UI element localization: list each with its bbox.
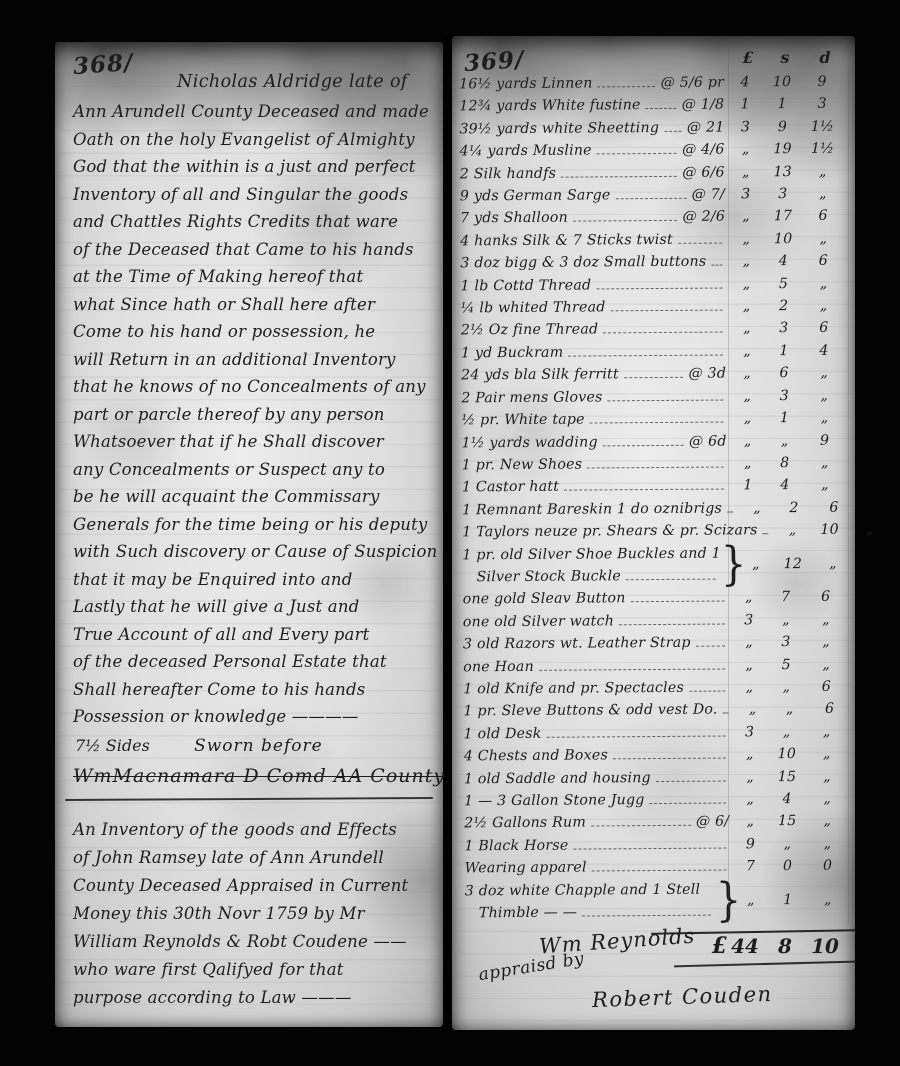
item-description: 1 pr. New Shoes bbox=[462, 453, 583, 476]
item-description: 4¼ yards Musline bbox=[460, 140, 592, 163]
item-description-continued: Silver Stock Buckle bbox=[462, 565, 721, 589]
amount-pounds: 9 bbox=[731, 833, 769, 856]
oath-line: Come to his hand or possession, he bbox=[73, 318, 427, 346]
dotted-leader bbox=[689, 691, 725, 692]
amount-pounds: „ bbox=[727, 250, 765, 273]
amount-pounds: „ bbox=[729, 452, 767, 475]
dotted-leader bbox=[597, 153, 677, 155]
amount-pounds: „ bbox=[734, 699, 772, 722]
item-description: 1 — 3 Gallon Stone Jugg bbox=[464, 789, 645, 813]
inventory-row: 4 Chests and Boxes„10„ bbox=[464, 743, 857, 768]
inventory-row: 3 doz white Chapple and 1 StellThimble —… bbox=[465, 877, 858, 925]
amount-pence: 6 bbox=[812, 496, 856, 519]
amount-pence: „ bbox=[802, 407, 846, 430]
amount-shillings: 10 bbox=[764, 71, 800, 94]
item-description-text: 3 doz white Chapple and 1 Stell bbox=[465, 881, 701, 899]
inventory-row: 1 pr. old Silver Shoe Buckles and 1Silve… bbox=[462, 541, 855, 589]
amount-pounds: 3 bbox=[731, 721, 769, 744]
amount-shillings: 3 bbox=[766, 317, 802, 340]
inventory-intro-text: An Inventory of the goods and Effectsof … bbox=[73, 816, 427, 1012]
dotted-leader bbox=[561, 175, 677, 177]
amount-shillings: 1 bbox=[764, 93, 800, 116]
item-description: 1 Taylors neuze pr. Shears & pr. Scizars bbox=[462, 519, 757, 543]
left-page: 368/ Nicholas Aldridge late of Ann Arund… bbox=[55, 42, 443, 1027]
amount-shillings: 17 bbox=[765, 205, 801, 228]
left-page-content: 368/ Nicholas Aldridge late of Ann Arund… bbox=[55, 42, 443, 1051]
oath-line: any Concealments or Suspect any to bbox=[73, 456, 427, 484]
dotted-leader bbox=[763, 533, 769, 534]
amount-pounds: „ bbox=[728, 363, 766, 386]
dotted-leader bbox=[613, 758, 726, 760]
amount-pence: „ bbox=[847, 518, 891, 541]
amount-pounds: „ bbox=[730, 676, 768, 699]
section-divider bbox=[65, 797, 433, 801]
amount-pounds: „ bbox=[726, 138, 764, 161]
item-description: 3 doz bigg & 3 doz Small buttons bbox=[460, 251, 706, 275]
inventory-row: 12¾ yards White fustine@ 1/8113 bbox=[459, 93, 852, 118]
brace-glyph bbox=[716, 878, 732, 924]
item-description: 4 hanks Silk & 7 Sticks twist bbox=[460, 229, 673, 253]
left-page-number: 368/ bbox=[72, 49, 134, 80]
amount-pence: „ bbox=[801, 272, 845, 295]
amount-shillings: 2 bbox=[766, 295, 802, 318]
amount-pounds: „ bbox=[731, 743, 769, 766]
item-description-text: Thimble — — bbox=[465, 902, 577, 925]
item-description: one old Silver watch bbox=[463, 610, 614, 633]
inventory-row: 1½ yards wadding@ 6d„„9 bbox=[462, 429, 855, 454]
dotted-leader bbox=[592, 870, 727, 872]
amount-pounds: „ bbox=[727, 161, 765, 184]
item-description-continued: Thimble — — bbox=[465, 901, 716, 925]
inventory-row: 7 yds Shalloon@ 2/6„176 bbox=[460, 205, 853, 230]
oath-line: will Return in an additional Inventory bbox=[73, 346, 427, 374]
dotted-leader bbox=[678, 242, 722, 243]
right-page-content: 369/ £ s d 16½ yards Linnen@ 5/6 pr41091… bbox=[452, 36, 855, 1044]
amount-shillings: „ bbox=[767, 429, 803, 452]
dotted-leader bbox=[587, 466, 724, 468]
amount-shillings: 5 bbox=[768, 654, 804, 677]
amount-pence: 1½ bbox=[800, 138, 844, 161]
dotted-leader bbox=[598, 86, 656, 87]
item-description-text: 1 pr. old Silver Shoe Buckles and 1 bbox=[462, 545, 720, 563]
amount-pence: „ bbox=[801, 160, 845, 183]
item-description: 16½ yards Linnen bbox=[459, 72, 593, 95]
amount-pence: „ bbox=[805, 743, 849, 766]
total-pence: 10 bbox=[803, 934, 847, 958]
inventory-row: 1 yd Buckram„14 bbox=[461, 340, 854, 365]
dotted-leader bbox=[711, 265, 722, 266]
intro-line: William Reynolds & Robt Coudene —— bbox=[73, 928, 427, 956]
amount-pounds: 4 bbox=[726, 71, 764, 94]
dotted-leader bbox=[664, 131, 682, 132]
item-rate: @ 6/6 bbox=[682, 161, 725, 184]
oath-line: Possession or knowledge ———— bbox=[73, 703, 427, 731]
amount-shillings: 4 bbox=[765, 250, 801, 273]
amount-shillings: 10 bbox=[765, 228, 801, 251]
amount-pence: „ bbox=[805, 720, 849, 743]
amount-shillings: 15 bbox=[769, 810, 805, 833]
oath-line: with Such discovery or Cause of Suspicio… bbox=[73, 538, 427, 566]
amount-shillings: 15 bbox=[769, 766, 805, 789]
amount-pounds: „ bbox=[730, 654, 768, 677]
amount-pounds: „ bbox=[728, 407, 766, 430]
amount-shillings: 7 bbox=[768, 586, 804, 609]
item-rate: @ 7/ bbox=[691, 184, 724, 207]
amount-shillings: 5 bbox=[765, 273, 801, 296]
dotted-leader bbox=[596, 287, 722, 289]
amount-pounds: „ bbox=[729, 430, 767, 453]
amount-shillings: 19 bbox=[764, 138, 800, 161]
oath-line: Oath on the holy Evangelist of Almighty bbox=[73, 126, 427, 154]
inventory-row: 3 doz bigg & 3 doz Small buttons„46 bbox=[460, 250, 853, 275]
item-description-text: Silver Stock Buckle bbox=[462, 565, 621, 589]
amount-pence: 4 bbox=[802, 340, 846, 363]
amount-pounds: „ bbox=[773, 519, 811, 542]
inventory-row: 39½ yards white Sheetting@ 21391½ bbox=[459, 115, 852, 140]
amount-pence: 9 bbox=[803, 429, 847, 452]
amount-pounds: „ bbox=[730, 631, 768, 654]
oath-line: at the Time of Making hereof that bbox=[73, 263, 427, 291]
total-shillings: 8 bbox=[767, 934, 803, 958]
amount-pence: „ bbox=[802, 362, 846, 385]
inventory-row: 1 Castor hatt14„ bbox=[462, 474, 855, 499]
amount-pence: „ bbox=[805, 765, 849, 788]
dotted-leader bbox=[615, 198, 686, 199]
amount-pounds: „ bbox=[728, 295, 766, 318]
amount-shillings: 4 bbox=[767, 474, 803, 497]
amount-shillings: 3 bbox=[766, 385, 802, 408]
item-description: 1 yd Buckram bbox=[461, 342, 563, 365]
amount-shillings: „ bbox=[769, 833, 805, 856]
item-description: 1 Castor hatt bbox=[462, 476, 559, 499]
item-rate: @ 2/6 bbox=[682, 206, 725, 229]
amount-pence: „ bbox=[804, 631, 848, 654]
item-description: 3 old Razors wt. Leather Strap bbox=[463, 632, 691, 656]
intro-line: who ware first Qalifyed for that bbox=[73, 956, 427, 984]
inventory-row: 16½ yards Linnen@ 5/6 pr4109 bbox=[459, 71, 852, 96]
item-description: 1½ yards wadding bbox=[462, 431, 598, 454]
item-description: ½ pr. White tape bbox=[461, 409, 584, 432]
amount-shillings: 9 bbox=[764, 116, 800, 139]
page-gutter bbox=[443, 36, 452, 1030]
amount-pence: „ bbox=[803, 474, 847, 497]
amount-pence: „ bbox=[805, 788, 849, 811]
oath-line: Lastly that he will give a Just and bbox=[73, 593, 427, 621]
pence-header: d bbox=[803, 48, 847, 67]
amount-pence: 6 bbox=[801, 205, 845, 228]
shillings-header: s bbox=[767, 48, 803, 67]
amount-pence: „ bbox=[802, 295, 846, 318]
dotted-leader bbox=[608, 399, 724, 401]
amount-pence: „ bbox=[804, 608, 848, 631]
amount-pence: 0 bbox=[805, 855, 849, 878]
dotted-leader bbox=[624, 377, 684, 378]
inventory-row: 2½ Gallons Rum@ 6/„15„ bbox=[464, 810, 857, 835]
inventory-row: 1 old Saddle and housing„15„ bbox=[464, 765, 857, 790]
inventory-row: 1 Remnant Bareskin 1 do oznibrigs„26 bbox=[462, 496, 855, 521]
pounds-header: £ bbox=[729, 48, 767, 67]
amount-shillings: 1 bbox=[766, 407, 802, 430]
dotted-leader bbox=[603, 332, 723, 334]
appraised-by-label: appraisd by bbox=[477, 949, 585, 985]
item-description: 39½ yards white Sheetting bbox=[459, 117, 659, 141]
oath-line: be he will acquaint the Commissary bbox=[73, 483, 427, 511]
amount-shillings: 1 bbox=[770, 889, 806, 912]
item-description: 2½ Oz fine Thread bbox=[461, 319, 599, 342]
amount-column-headers: £ s d bbox=[729, 48, 847, 67]
amount-pence: 6 bbox=[802, 317, 846, 340]
amount-pounds: 3 bbox=[727, 183, 765, 206]
item-description: 1 old Knife and pr. Spectacles bbox=[463, 677, 684, 701]
oath-line: of the Deceased that Came to his hands bbox=[73, 236, 427, 264]
item-rate: @ 6/ bbox=[696, 811, 729, 834]
dotted-leader bbox=[573, 847, 726, 849]
inventory-row: 2½ Oz fine Thread„36 bbox=[461, 317, 854, 342]
dotted-leader bbox=[582, 915, 711, 917]
inventory-row: 9 yds German Sarge@ 7/33„ bbox=[460, 183, 853, 208]
inventory-row: one old Silver watch3„„ bbox=[463, 608, 856, 633]
inventory-row: one gold Sleav Button„76 bbox=[463, 586, 856, 611]
inventory-row: 1 Black Horse9„„ bbox=[464, 832, 857, 857]
item-description-lines: 3 doz white Chapple and 1 StellThimble —… bbox=[465, 878, 716, 925]
amount-shillings: 6 bbox=[766, 362, 802, 385]
dotted-leader bbox=[696, 646, 725, 647]
inventory-row: 1 Taylors neuze pr. Shears & pr. Scizars… bbox=[462, 519, 855, 544]
amount-shillings: 4 bbox=[769, 788, 805, 811]
dotted-leader bbox=[631, 601, 725, 603]
total-pounds: 44 bbox=[723, 934, 767, 958]
amount-shillings: 10 bbox=[769, 743, 805, 766]
amount-shillings: 2 bbox=[776, 497, 812, 520]
amount-pence: 6 bbox=[804, 586, 848, 609]
dotted-leader bbox=[573, 220, 678, 222]
item-description: 1 old Saddle and housing bbox=[464, 767, 651, 791]
amount-shillings: „ bbox=[768, 609, 804, 632]
oath-line: and Chattles Rights Credits that ware bbox=[73, 208, 427, 236]
inventory-row: 4¼ yards Musline@ 4/6„191½ bbox=[460, 138, 853, 163]
inventory-row: 2 Silk handfs@ 6/6„13„ bbox=[460, 160, 853, 185]
inventory-row: 1 old Desk3„„ bbox=[464, 720, 857, 745]
dotted-leader bbox=[650, 803, 727, 805]
right-page: 369/ £ s d 16½ yards Linnen@ 5/6 pr41091… bbox=[452, 36, 855, 1030]
inventory-row: ¼ lb whited Thread„2„ bbox=[461, 295, 854, 320]
amount-pence: 6 bbox=[808, 698, 852, 721]
item-rate: @ 4/6 bbox=[682, 139, 725, 162]
item-rate: @ 21 bbox=[687, 116, 725, 139]
inventory-row: one Hoan„5„ bbox=[463, 653, 856, 678]
amount-pounds: „ bbox=[727, 206, 765, 229]
item-description: 3 doz white Chapple and 1 Stell bbox=[465, 878, 716, 902]
item-description: 2 Pair mens Gloves bbox=[461, 386, 602, 409]
amount-pounds: „ bbox=[728, 340, 766, 363]
inventory-row: 1 pr. Sleve Buttons & odd vest Do.„„6 bbox=[463, 698, 856, 723]
item-rate: @ 3d bbox=[688, 363, 726, 386]
item-description: 7 yds Shalloon bbox=[460, 207, 568, 230]
amount-pounds: „ bbox=[727, 273, 765, 296]
dotted-leader bbox=[564, 489, 724, 491]
dotted-leader bbox=[626, 579, 716, 581]
oath-line: Ann Arundell County Deceased and made bbox=[73, 98, 427, 126]
inventory-row: 1 lb Cottd Thread„5„ bbox=[460, 272, 853, 297]
dotted-leader bbox=[568, 354, 723, 356]
amount-pence: „ bbox=[805, 832, 849, 855]
amount-pence: „ bbox=[802, 384, 846, 407]
inventory-row: 1 old Knife and pr. Spectacles„„6 bbox=[463, 676, 856, 701]
item-description: one gold Sleav Button bbox=[463, 588, 626, 612]
item-description: ¼ lb whited Thread bbox=[461, 296, 606, 319]
amount-shillings: 12 bbox=[775, 553, 811, 576]
item-description: one Hoan bbox=[463, 655, 534, 678]
amount-shillings: 3 bbox=[765, 183, 801, 206]
inventory-row: 1 pr. New Shoes„8„ bbox=[462, 452, 855, 477]
item-description: 1 Black Horse bbox=[464, 834, 568, 857]
total-amounts: £ 44 8 10 bbox=[712, 933, 847, 959]
item-description: 1 pr. old Silver Shoe Buckles and 1 bbox=[462, 542, 721, 566]
amount-pence: 1½ bbox=[800, 116, 844, 139]
amount-pence: „ bbox=[803, 452, 847, 475]
item-description: 9 yds German Sarge bbox=[460, 184, 611, 207]
dotted-leader bbox=[619, 623, 725, 625]
item-description: 24 yds bla Silk ferritt bbox=[461, 364, 619, 388]
amount-pence: 6 bbox=[804, 676, 848, 699]
column-rule bbox=[728, 46, 729, 924]
amount-shillings: 3 bbox=[768, 631, 804, 654]
clerk-signature: WmMacnamara D Comd AA County bbox=[73, 761, 427, 791]
amount-pence: „ bbox=[805, 810, 849, 833]
amount-pounds: 1 bbox=[729, 475, 767, 498]
item-description: 2 Silk handfs bbox=[460, 162, 557, 185]
item-description: 2½ Gallons Rum bbox=[464, 812, 586, 835]
oath-line: part or parcle thereof by any person bbox=[73, 401, 427, 429]
item-description-lines: 1 pr. old Silver Shoe Buckles and 1Silve… bbox=[462, 542, 721, 589]
signature-robert-couden: Robert Couden bbox=[592, 982, 773, 1012]
item-rate: @ 1/8 bbox=[682, 94, 725, 117]
oath-text: Ann Arundell County Deceased and madeOat… bbox=[73, 98, 427, 731]
amount-shillings: „ bbox=[772, 698, 808, 721]
amount-pounds: 3 bbox=[726, 116, 764, 139]
sides-note: 7½ Sides bbox=[75, 731, 150, 761]
inventory-row: ½ pr. White tape„1„ bbox=[461, 407, 854, 432]
oath-line: what Since hath or Shall here after bbox=[73, 291, 427, 319]
inventory-row: 1 — 3 Gallon Stone Jugg„4„ bbox=[464, 788, 857, 813]
sworn-row: 7½ Sides Sworn before bbox=[73, 731, 427, 761]
amount-pence: „ bbox=[801, 228, 845, 251]
dotted-leader bbox=[590, 422, 724, 424]
dotted-leader bbox=[591, 825, 691, 827]
oath-line: Shall hereafter Come to his hands bbox=[73, 676, 427, 704]
column-rule bbox=[848, 46, 849, 924]
amount-pounds: „ bbox=[728, 318, 766, 341]
oath-line: that he knows of no Concealments of any bbox=[73, 373, 427, 401]
inventory-row: 2 Pair mens Gloves„3„ bbox=[461, 384, 854, 409]
item-description: 12¾ yards White fustine bbox=[459, 95, 641, 119]
dotted-leader bbox=[539, 668, 725, 670]
amount-shillings: 1 bbox=[766, 340, 802, 363]
total-rule-bottom bbox=[674, 961, 855, 968]
amount-shillings: „ bbox=[768, 676, 804, 699]
inventory-row: Wearing apparel700 bbox=[465, 855, 858, 880]
oath-line: True Account of all and Every part bbox=[73, 621, 427, 649]
dotted-leader bbox=[547, 735, 726, 737]
amount-pounds: „ bbox=[728, 385, 766, 408]
amount-pence: 6 bbox=[801, 250, 845, 273]
inventory-items: 16½ yards Linnen@ 5/6 pr410912¾ yards Wh… bbox=[459, 71, 858, 925]
intro-line: County Deceased Appraised in Current bbox=[73, 872, 427, 900]
intro-line: An Inventory of the goods and Effects bbox=[73, 816, 427, 844]
dotted-leader bbox=[603, 444, 684, 446]
item-rate: @ 5/6 pr bbox=[661, 72, 725, 95]
dotted-leader bbox=[656, 780, 726, 781]
amount-shillings: 13 bbox=[765, 161, 801, 184]
item-description: 1 old Desk bbox=[464, 723, 542, 746]
amount-pounds: „ bbox=[731, 788, 769, 811]
oath-line: Generals for the time being or his deput… bbox=[73, 511, 427, 539]
total-block: Wm Reynolds £ 44 8 10 appraisd by Robert… bbox=[462, 927, 855, 1057]
item-rate: @ 6d bbox=[689, 430, 727, 453]
amount-pounds: 3 bbox=[730, 609, 768, 632]
amount-shillings: 8 bbox=[767, 452, 803, 475]
amount-pence: „ bbox=[801, 183, 845, 206]
item-description: 4 Chests and Boxes bbox=[464, 745, 608, 768]
dotted-leader bbox=[646, 108, 677, 109]
oath-line: Inventory of all and Singular the goods bbox=[73, 181, 427, 209]
inventory-row: 4 hanks Silk & 7 Sticks twist„10„ bbox=[460, 227, 853, 252]
item-description: 1 pr. Sleve Buttons & odd vest Do. bbox=[463, 699, 717, 723]
inventory-row: 24 yds bla Silk ferritt@ 3d„6„ bbox=[461, 362, 854, 387]
oath-line: God that the within is a just and perfec… bbox=[73, 153, 427, 181]
amount-pounds: 1 bbox=[726, 94, 764, 117]
intro-line: of John Ramsey late of Ann Arundell bbox=[73, 844, 427, 872]
amount-shillings: 0 bbox=[770, 855, 806, 878]
amount-shillings: 10 bbox=[811, 519, 847, 542]
amount-pence: 3 bbox=[800, 93, 844, 116]
dotted-leader bbox=[611, 310, 723, 312]
amount-pence: „ bbox=[806, 889, 850, 912]
intro-line: Money this 30th Novr 1759 by Mr bbox=[73, 900, 427, 928]
amount-pounds: „ bbox=[731, 811, 769, 834]
item-description: 1 lb Cottd Thread bbox=[460, 274, 591, 297]
oath-line: Whatsoever that if he Shall discover bbox=[73, 428, 427, 456]
amount-pounds: „ bbox=[738, 497, 776, 520]
oath-line: of the deceased Personal Estate that bbox=[73, 648, 427, 676]
oath-line: that it may be Enquired into and bbox=[73, 566, 427, 594]
item-description: Wearing apparel bbox=[465, 857, 587, 880]
amount-pounds: „ bbox=[727, 228, 765, 251]
item-description: 1 Remnant Bareskin 1 do oznibrigs bbox=[462, 497, 722, 521]
intro-line: purpose according to Law ——— bbox=[73, 984, 427, 1012]
sworn-before-label: Sworn before bbox=[150, 731, 367, 761]
amount-pounds: „ bbox=[731, 766, 769, 789]
amount-pence: 9 bbox=[800, 71, 844, 94]
amount-shillings: „ bbox=[769, 721, 805, 744]
inventory-row: 3 old Razors wt. Leather Strap„3„ bbox=[463, 631, 856, 656]
amount-pence: „ bbox=[804, 653, 848, 676]
